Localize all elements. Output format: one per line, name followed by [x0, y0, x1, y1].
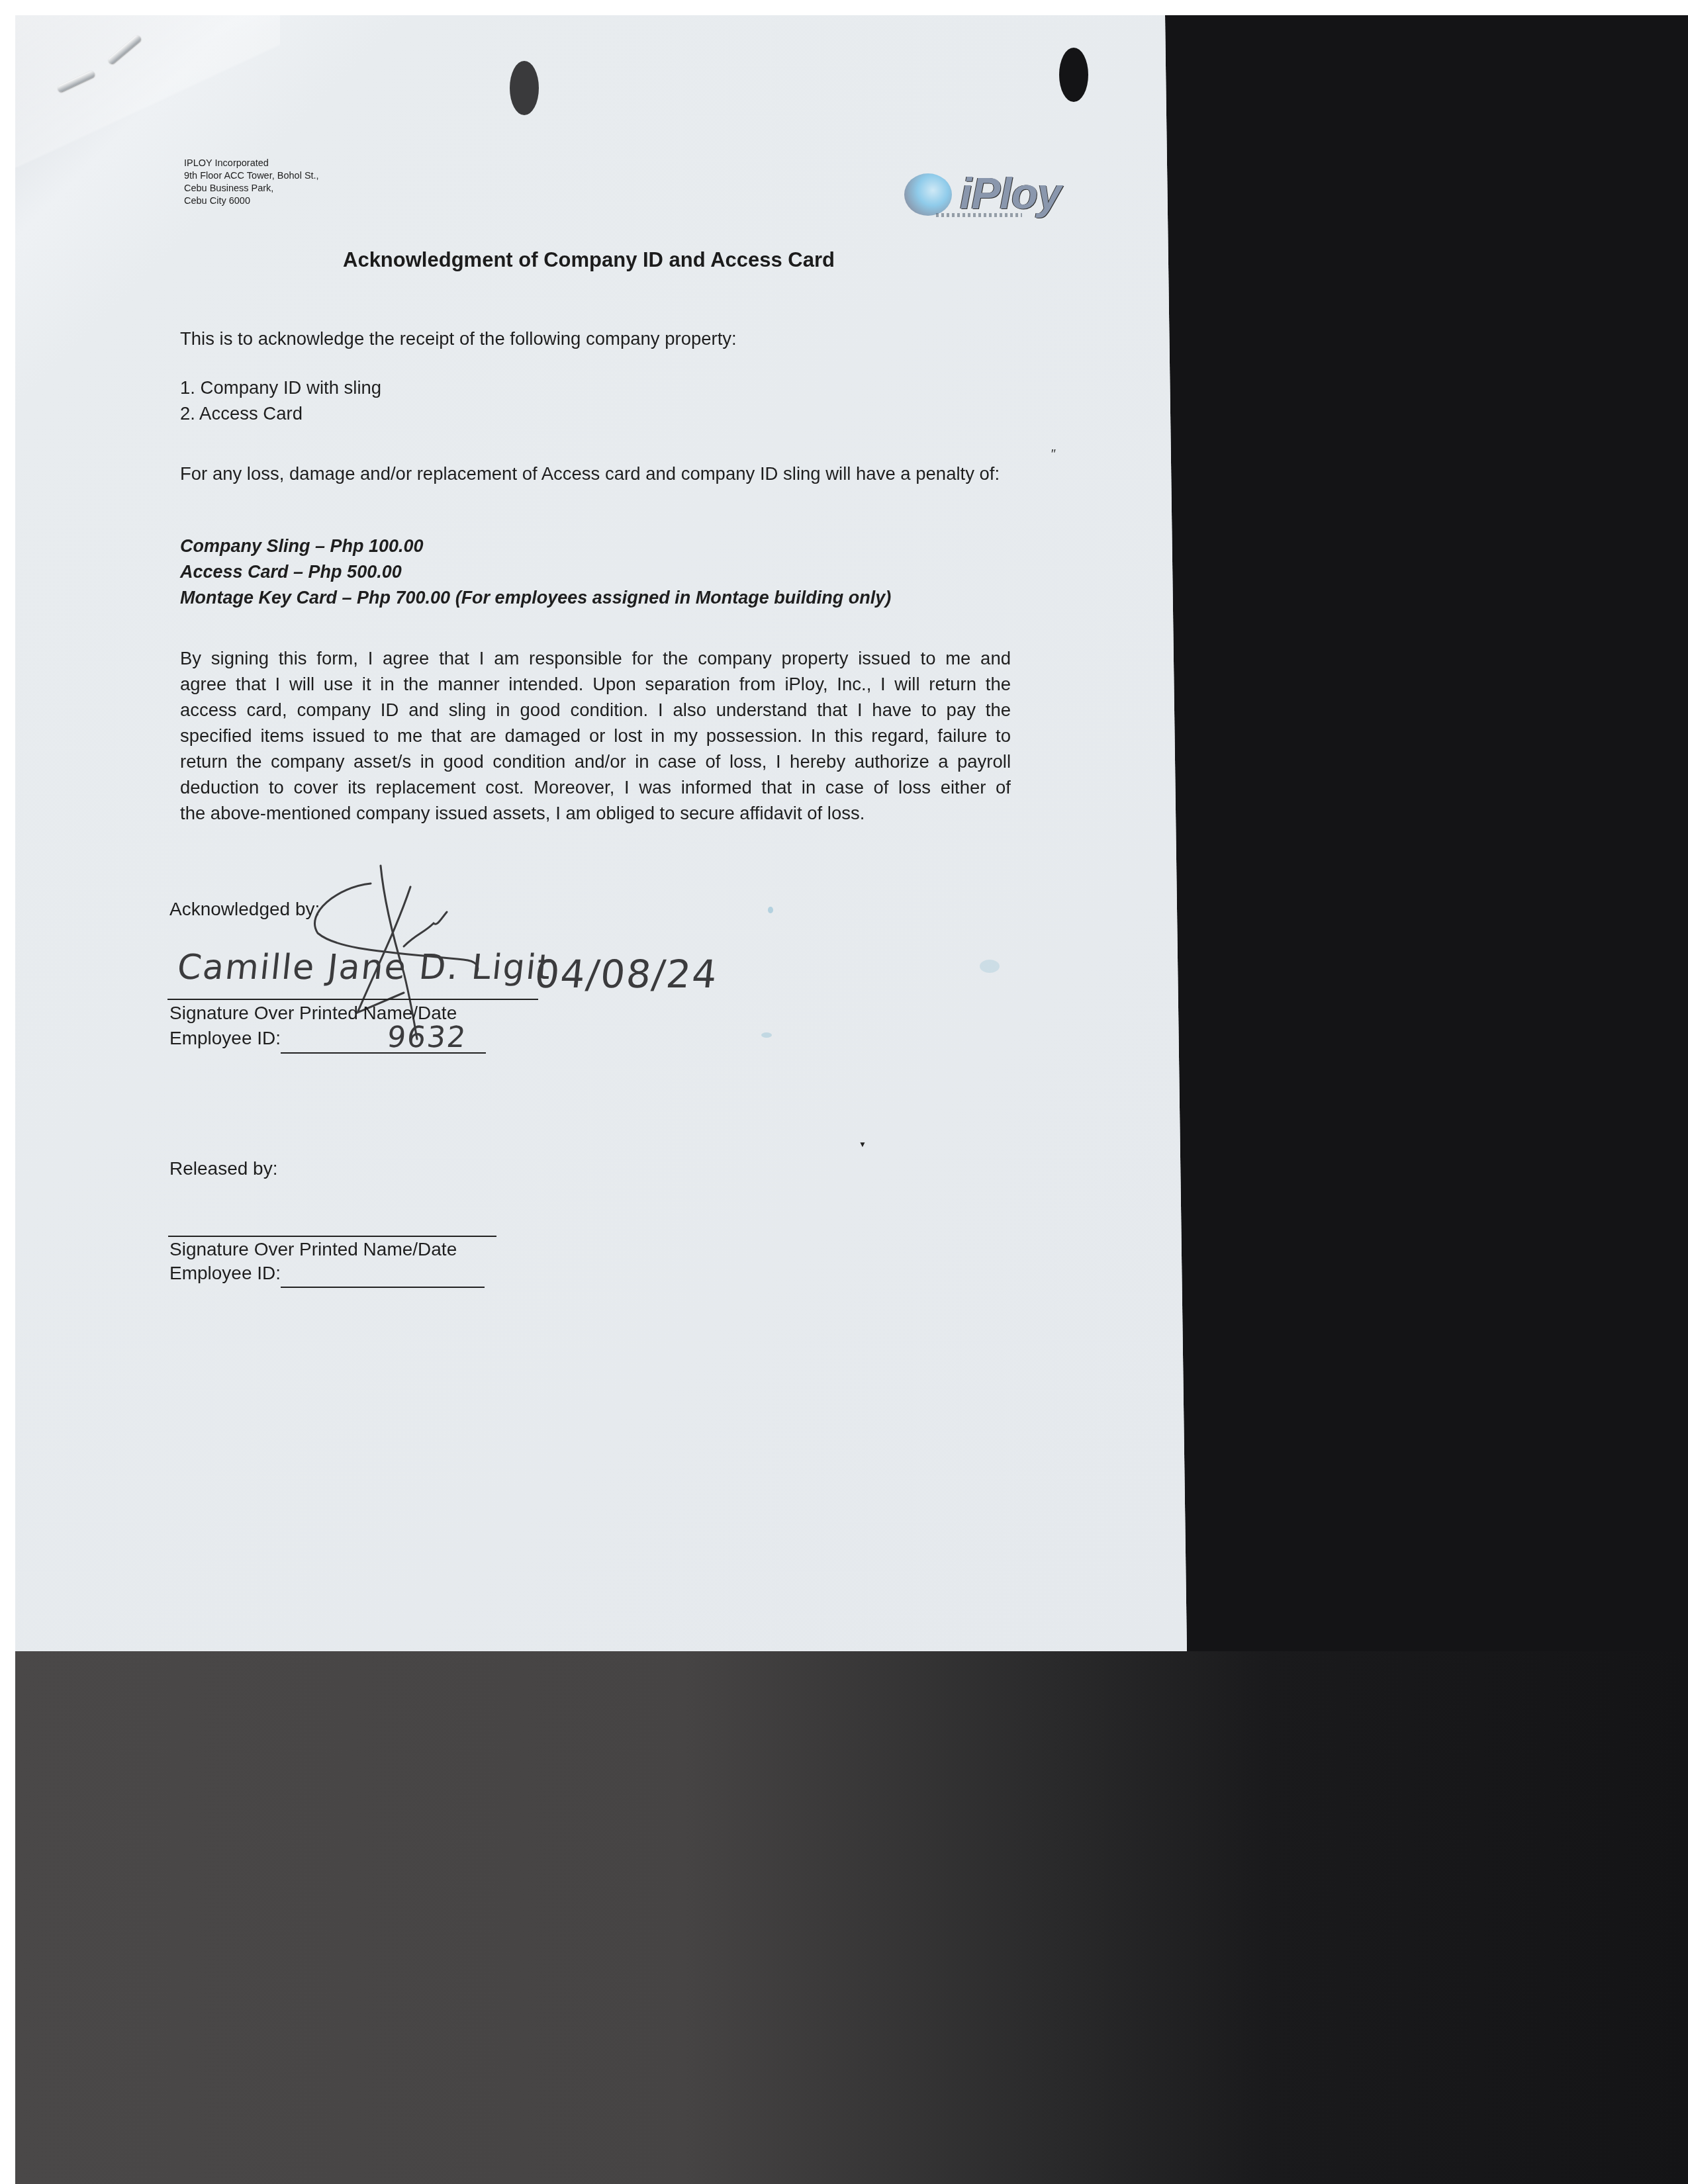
company-address: IPLOY Incorporated 9th Floor ACC Tower, …	[184, 158, 319, 208]
punch-hole-icon	[510, 61, 539, 115]
scanner-background-gray	[15, 1651, 1688, 2184]
document-title: Acknowledgment of Company ID and Access …	[343, 248, 835, 272]
penalty-intro: For any loss, damage and/or replacement …	[180, 461, 1021, 486]
employee-id-line	[281, 1287, 485, 1288]
terms-paragraph: By signing this form, I agree that I am …	[180, 645, 1011, 826]
scan-speck	[980, 960, 1000, 973]
terms-line: return the company asset/s in good condi…	[180, 749, 1011, 774]
globe-logo-icon	[904, 173, 952, 216]
scan-speck	[768, 907, 773, 913]
handwritten-date: 04/08/24	[532, 952, 720, 997]
signature-label: Signature Over Printed Name/Date	[169, 1239, 457, 1260]
intro-text: This is to acknowledge the receipt of th…	[180, 326, 737, 351]
employee-id-label: Employee ID:	[169, 1028, 281, 1049]
signature-line	[168, 1236, 496, 1237]
terms-line: access card, company ID and sling in goo…	[180, 697, 1011, 723]
signature-line	[167, 999, 538, 1000]
list-item: 2. Access Card	[180, 400, 381, 426]
logo-tagline	[936, 213, 1022, 217]
company-logo: iPloy	[895, 164, 1067, 224]
punch-hole-icon	[1059, 48, 1088, 102]
address-line: 9th Floor ACC Tower, Bohol St.,	[184, 170, 319, 183]
released-by-label: Released by:	[169, 1158, 277, 1179]
scan-mark: ▼	[859, 1140, 867, 1149]
penalty-list: Company Sling – Php 100.00 Access Card –…	[180, 533, 891, 611]
terms-line: By signing this form, I agree that I am …	[180, 645, 1011, 671]
terms-line: specified items issued to me that are da…	[180, 723, 1011, 749]
scan-speck	[761, 1032, 772, 1038]
address-line: IPLOY Incorporated	[184, 158, 319, 170]
address-line: Cebu Business Park,	[184, 183, 319, 195]
logo-wordmark: iPloy	[960, 168, 1061, 218]
terms-line: deduction to cover its replacement cost.…	[180, 774, 1011, 800]
handwritten-name: Camille Jane D. Ligit	[175, 948, 554, 987]
penalty-item: Company Sling – Php 100.00	[180, 533, 891, 559]
penalty-item: Access Card – Php 500.00	[180, 559, 891, 585]
property-list: 1. Company ID with sling 2. Access Card	[180, 375, 381, 426]
terms-line: the above-mentioned company issued asset…	[180, 800, 1011, 826]
list-item: 1. Company ID with sling	[180, 375, 381, 400]
penalty-item: Montage Key Card – Php 700.00 (For emplo…	[180, 585, 891, 611]
employee-id-label: Employee ID:	[169, 1263, 281, 1284]
scan-mark: ′′	[1051, 447, 1056, 461]
address-line: Cebu City 6000	[184, 195, 319, 208]
handwritten-employee-id: 9632	[385, 1021, 468, 1054]
terms-line: agree that I will use it in the manner i…	[180, 671, 1011, 697]
